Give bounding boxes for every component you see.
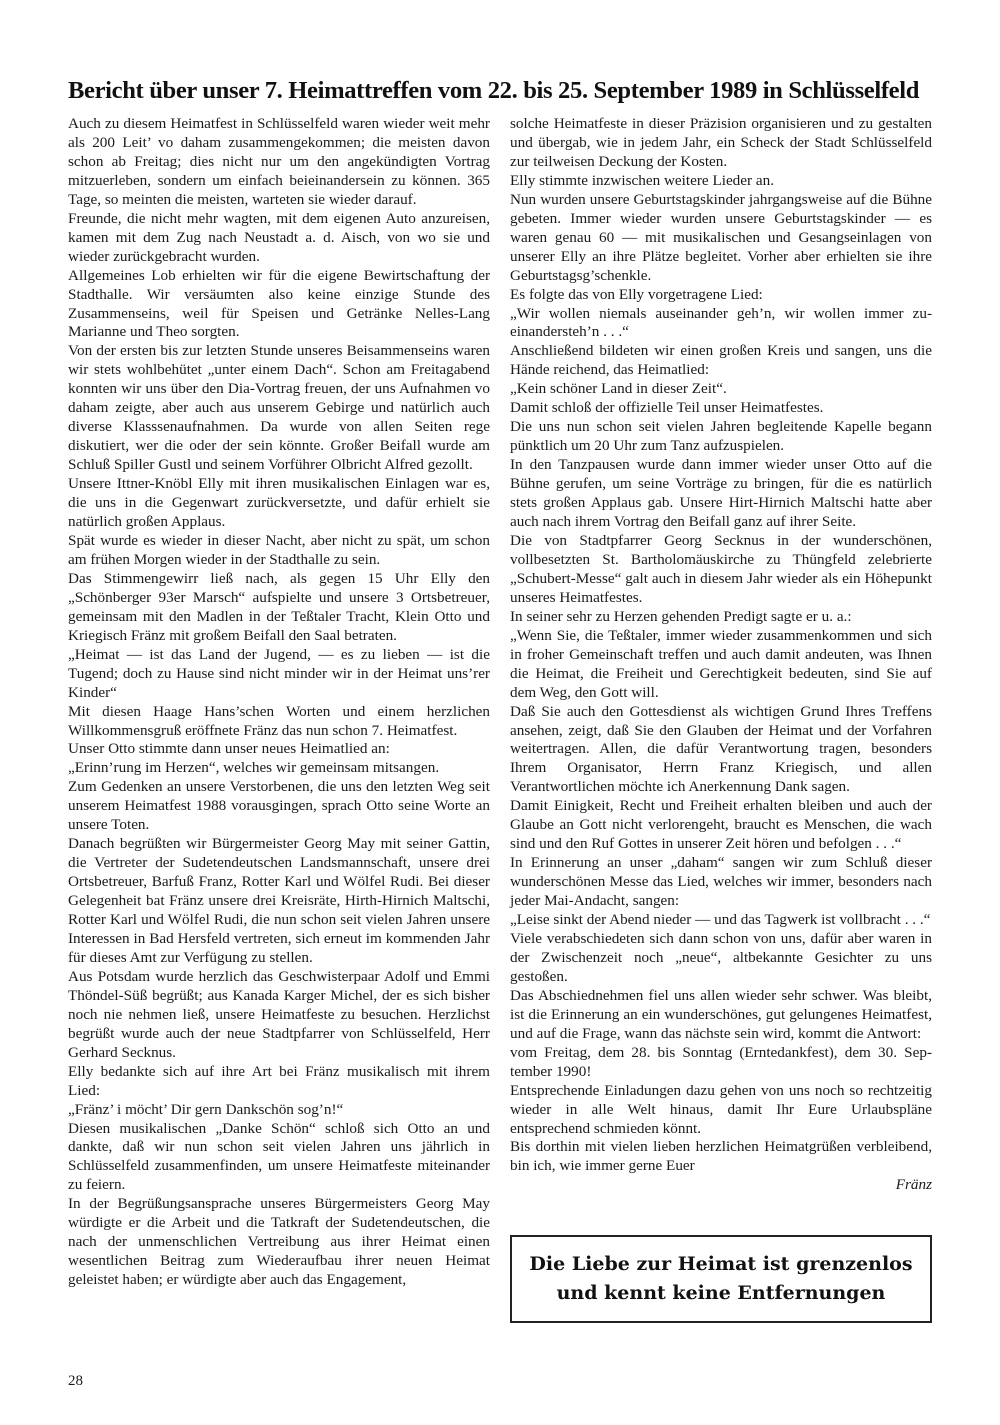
paragraph: Danach begrüßten wir Bürgermeister Georg… [68,835,490,968]
page-number: 28 [68,1372,83,1390]
paragraph: Aus Potsdam wurde herzlich das Geschwist… [68,968,490,1063]
paragraph: Zum Gedenken an unsere Verstorbenen, die… [68,778,490,835]
paragraph: Die von Stadtpfarrer Georg Secknus in de… [510,532,932,608]
paragraph: In Erinnerung an unser „daham“ sangen wi… [510,854,932,911]
paragraph: Spät wurde es wieder in dieser Nacht, ab… [68,532,490,570]
paragraph: Damit schloß der offizielle Teil unser H… [510,399,932,418]
paragraph: Elly bedankte sich auf ihre Art bei Frän… [68,1063,490,1101]
song-title-paragraph: „Fränz’ i möcht’ Dir gern Dankschön sog’… [68,1101,490,1120]
motto-line-2: und kennt keine Entfernungen [557,1279,886,1308]
song-title-paragraph: „Kein schöner Land in dieser Zeit“. [510,380,932,399]
song-title-paragraph: „Wir wollen niemals auseinander geh’n, w… [510,305,932,343]
paragraph: solche Heimatfeste in dieser Präzision o… [510,115,932,172]
song-title-paragraph: „Erinn’rung im Herzen“, welches wir geme… [68,759,490,778]
paragraph: Unser Otto stimmte dann unser neues Heim… [68,740,490,759]
paragraph: Das Abschiednehmen fiel uns allen wieder… [510,987,932,1044]
paragraph: In den Tanzpausen wurde dann immer wiede… [510,456,932,532]
article-title: Bericht über unser 7. Heimattreffen vom … [68,76,936,106]
paragraph: Diesen musikalischen „Danke Schön“ schlo… [68,1120,490,1196]
author-signature: Fränz [896,1176,932,1195]
paragraph: Freunde, die nicht mehr wagten, mit dem … [68,210,490,267]
motto-line-1: Die Liebe zur Heimat ist grenzenlos [529,1250,912,1279]
closing-text: Bis dorthin mit vielen lieben herzlichen… [510,1138,932,1174]
paragraph: Von der ersten bis zur letzten Stunde un… [68,342,490,475]
motto-box: Die Liebe zur Heimat ist grenzenlos und … [510,1235,932,1323]
paragraph: Allgemeines Lob erhielten wir für die ei… [68,267,490,343]
paragraph: Entsprechende Einladungen dazu gehen von… [510,1082,932,1139]
sermon-quote-paragraph: Damit Einigkeit, Recht und Freiheit erha… [510,797,932,854]
paragraph: Die uns nun schon seit vielen Jahren beg… [510,418,932,456]
song-title-paragraph: „Leise sinkt der Abend nieder — und das … [510,911,932,930]
paragraph: Unsere Ittner-Knöbl Elly mit ihren musik… [68,475,490,532]
paragraph: Anschließend bildeten wir einen großen K… [510,342,932,380]
paragraph: Es folgte das von Elly vorgetragene Lied… [510,286,932,305]
paragraph: In der Begrüßungsansprache unseres Bürge… [68,1195,490,1290]
sermon-quote-paragraph: Daß Sie auch den Gottesdienst als wichti… [510,703,932,798]
paragraph: In seiner sehr zu Herzen gehenden Predig… [510,608,932,627]
paragraph: Nun wurden unsere Geburtstagskinder jahr… [510,191,932,286]
paragraph: Mit diesen Haage Hans’schen Worten und e… [68,703,490,741]
closing-paragraph: Bis dorthin mit vielen lieben herzlichen… [510,1138,932,1176]
paragraph: Auch zu diesem Heimatfest in Schlüsselfe… [68,115,490,210]
quote-paragraph: „Heimat — ist das Land der Jugend, — es … [68,646,490,703]
paragraph: Viele verabschiedeten sich dann schon vo… [510,930,932,987]
next-date-paragraph: vom Freitag, dem 28. bis Sonntag (Ernted… [510,1044,932,1082]
signature-line: Fränz [510,1176,932,1195]
left-column: Auch zu diesem Heimatfest in Schlüsselfe… [68,115,490,1290]
paragraph: Elly stimmte inzwischen weitere Lieder a… [510,172,932,191]
sermon-quote-paragraph: „Wenn Sie, die Teßtaler, immer wieder zu… [510,627,932,703]
right-column: solche Heimatfeste in dieser Präzision o… [510,115,932,1195]
paragraph: Das Stimmengewirr ließ nach, als gegen 1… [68,570,490,646]
